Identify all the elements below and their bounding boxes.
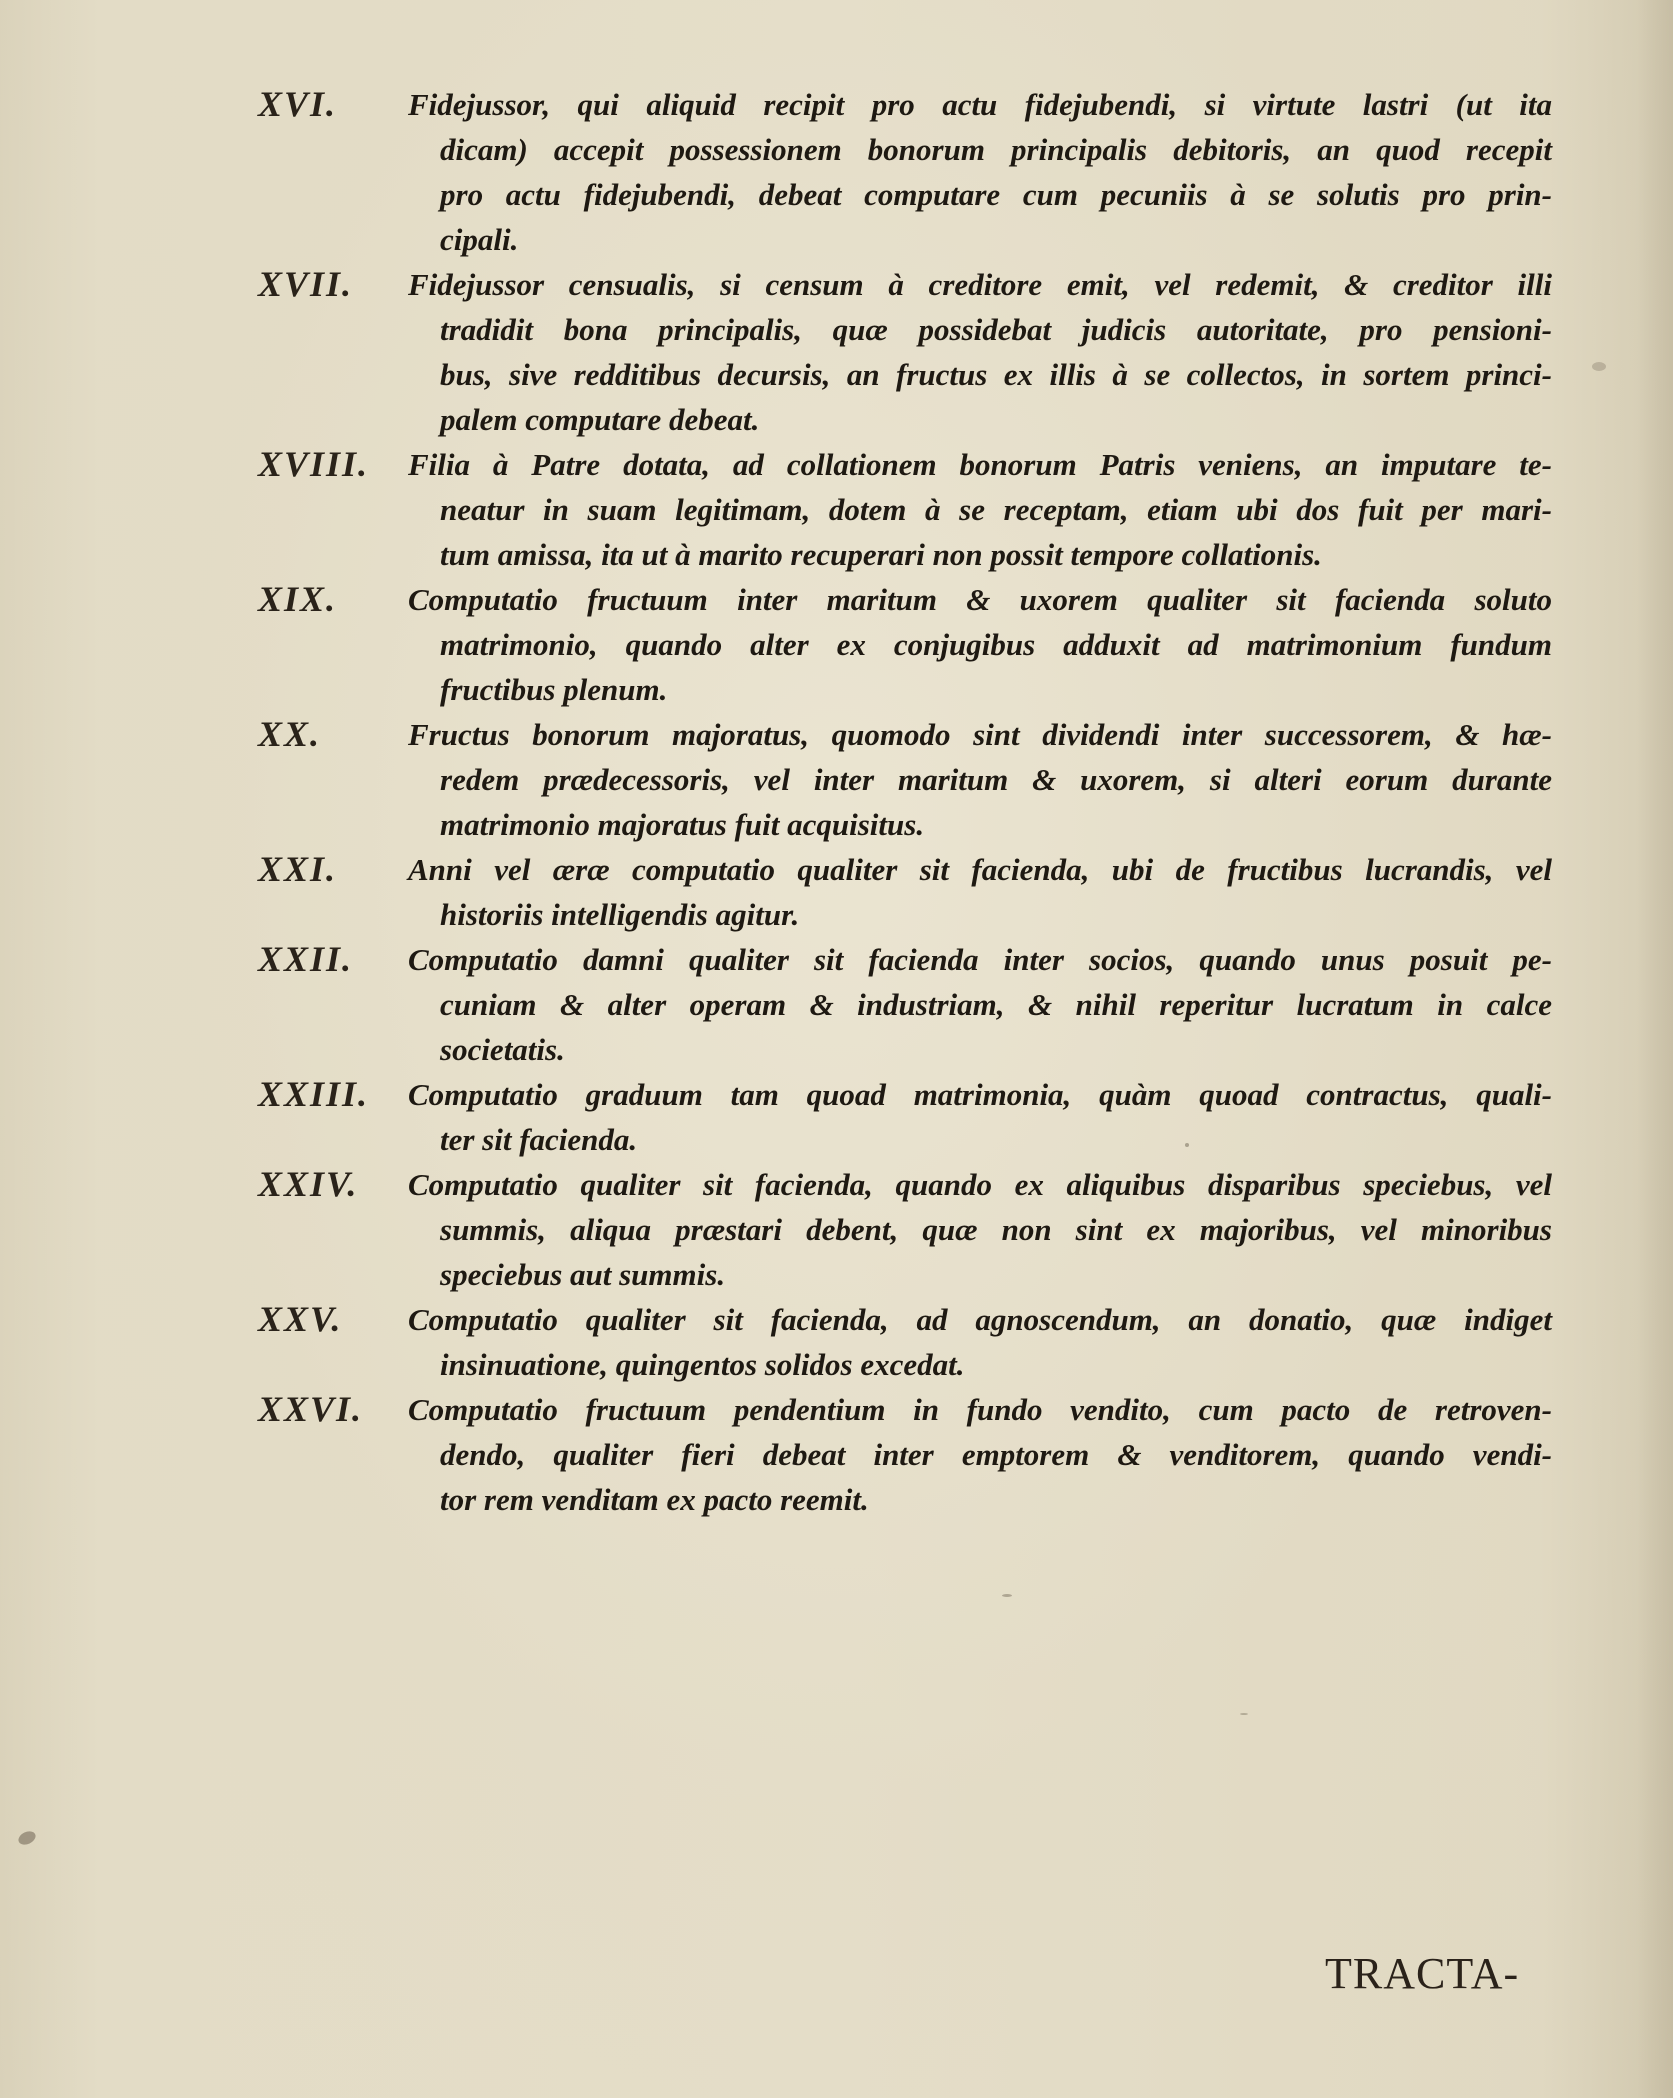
entry-line: redem prædecessoris, vel inter maritum &… — [408, 757, 1552, 802]
entry-text: Fidejussor, qui aliquid recipit pro actu… — [408, 82, 1558, 262]
paper-blemish — [1240, 1713, 1248, 1715]
entry-numeral: XXI. — [258, 847, 408, 892]
entry-line: dendo, qualiter fieri debeat inter empto… — [408, 1432, 1552, 1477]
entry-line: cuniam & alter operam & industriam, & ni… — [408, 982, 1552, 1027]
page-edge-shadow — [1637, 0, 1673, 2098]
entry-numeral: XXIV. — [258, 1162, 408, 1207]
entry-line: Computatio graduum tam quoad matrimonia,… — [408, 1072, 1552, 1117]
entry-line: Fidejussor, qui aliquid recipit pro actu… — [408, 82, 1552, 127]
entry-numeral: XVII. — [258, 262, 408, 307]
entry-xxiii: XXIII. Computatio graduum tam quoad matr… — [258, 1072, 1558, 1162]
entry-line: Fructus bonorum majoratus, quomodo sint … — [408, 712, 1552, 757]
entry-text: Computatio damni qualiter sit facienda i… — [408, 937, 1558, 1072]
book-page: XVI. Fidejussor, qui aliquid recipit pro… — [0, 0, 1673, 2098]
entry-line: neatur in suam legitimam, dotem à se rec… — [408, 487, 1552, 532]
entry-line: palem computare debeat. — [408, 397, 1552, 442]
catchword: TRACTA- — [1325, 1948, 1519, 1999]
entry-xviii: XVIII. Filia à Patre dotata, ad collatio… — [258, 442, 1558, 577]
paper-blemish — [1002, 1594, 1012, 1597]
entry-xxii: XXII. Computatio damni qualiter sit faci… — [258, 937, 1558, 1072]
entry-line: Computatio qualiter sit facienda, ad agn… — [408, 1297, 1552, 1342]
entry-text: Computatio graduum tam quoad matrimonia,… — [408, 1072, 1558, 1162]
entry-line: Computatio fructuum inter maritum & uxor… — [408, 577, 1552, 622]
entry-text: Fidejussor censualis, si censum à credit… — [408, 262, 1558, 442]
entry-xvii: XVII. Fidejussor censualis, si censum à … — [258, 262, 1558, 397]
entry-text: Fructus bonorum majoratus, quomodo sint … — [408, 712, 1558, 847]
paper-blemish — [16, 1829, 37, 1847]
entry-line: pro actu fidejubendi, debeat computare c… — [408, 172, 1552, 217]
entry-xix: XIX. Computatio fructuum inter maritum &… — [258, 577, 1558, 712]
entry-numeral: XVI. — [258, 82, 408, 127]
entry-line: Computatio qualiter sit facienda, quando… — [408, 1162, 1552, 1207]
summary-entries-list: XVI. Fidejussor, qui aliquid recipit pro… — [258, 82, 1558, 1522]
entry-line: tor rem venditam ex pacto reemit. — [408, 1477, 1552, 1522]
entry-numeral: XX. — [258, 712, 408, 757]
paper-blemish — [1592, 362, 1606, 371]
entry-xxi: XXI. Anni vel æræ computatio qualiter si… — [258, 847, 1558, 937]
entry-text: Computatio qualiter sit facienda, quando… — [408, 1162, 1558, 1297]
entry-text: Computatio fructuum pendentium in fundo … — [408, 1387, 1558, 1522]
entry-numeral: XXV. — [258, 1297, 408, 1342]
entry-line: cipali. — [408, 217, 1552, 262]
entry-line: Computatio damni qualiter sit facienda i… — [408, 937, 1552, 982]
entry-line: matrimonio majoratus fuit acquisitus. — [408, 802, 1552, 847]
entry-xvi: XVI. Fidejussor, qui aliquid recipit pro… — [258, 82, 1558, 217]
entry-line: Computatio fructuum pendentium in fundo … — [408, 1387, 1552, 1432]
entry-numeral: XXIII. — [258, 1072, 408, 1117]
entry-line: Filia à Patre dotata, ad collationem bon… — [408, 442, 1552, 487]
entry-text: Anni vel æræ computatio qualiter sit fac… — [408, 847, 1558, 937]
entry-line: Fidejussor censualis, si censum à credit… — [408, 262, 1552, 307]
entry-line: fructibus plenum. — [408, 667, 1552, 712]
entry-line: matrimonio, quando alter ex conjugibus a… — [408, 622, 1552, 667]
entry-numeral: XXII. — [258, 937, 408, 982]
entry-line: bus, sive redditibus decursis, an fructu… — [408, 352, 1552, 397]
entry-line: societatis. — [408, 1027, 1552, 1072]
entry-xx: XX. Fructus bonorum majoratus, quomodo s… — [258, 712, 1558, 847]
entry-text: Filia à Patre dotata, ad collationem bon… — [408, 442, 1558, 577]
paper-blemish — [1185, 1143, 1189, 1147]
entry-xxvi: XXVI. Computatio fructuum pendentium in … — [258, 1387, 1558, 1522]
entry-text: Computatio fructuum inter maritum & uxor… — [408, 577, 1558, 712]
entry-line: dicam) accepit possessionem bonorum prin… — [408, 127, 1552, 172]
entry-line: Anni vel æræ computatio qualiter sit fac… — [408, 847, 1552, 892]
entry-line: summis, aliqua præstari debent, quæ non … — [408, 1207, 1552, 1252]
entry-line: insinuatione, quingentos solidos excedat… — [408, 1342, 1552, 1387]
entry-line: tradidit bona principalis, quæ possideba… — [408, 307, 1552, 352]
entry-line: ter sit facienda. — [408, 1117, 1552, 1162]
entry-line: speciebus aut summis. — [408, 1252, 1552, 1297]
entry-numeral: XVIII. — [258, 442, 408, 487]
entry-numeral: XXVI. — [258, 1387, 408, 1432]
entry-line: tum amissa, ita ut à marito recuperari n… — [408, 532, 1552, 577]
entry-text: Computatio qualiter sit facienda, ad agn… — [408, 1297, 1558, 1387]
entry-numeral: XIX. — [258, 577, 408, 622]
entry-xxv: XXV. Computatio qualiter sit facienda, a… — [258, 1297, 1558, 1387]
entry-line: historiis intelligendis agitur. — [408, 892, 1552, 937]
entry-xxiv: XXIV. Computatio qualiter sit facienda, … — [258, 1162, 1558, 1297]
